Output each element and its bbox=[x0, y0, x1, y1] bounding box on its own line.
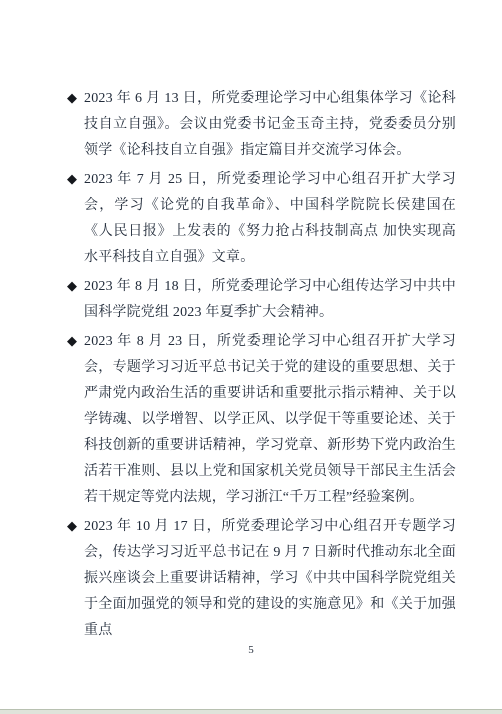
bullet-text: 2023 年 6 月 13 日，所党委理论学习中心组集体学习《论科技自立自强》。… bbox=[84, 91, 456, 158]
diamond-bullet-icon: ◆ bbox=[67, 85, 84, 111]
bullet-text: 2023 年 8 月 18 日，所党委理论学习中心组传达学习中共中国科学院党组 … bbox=[84, 279, 456, 320]
list-item: ◆2023 年 6 月 13 日，所党委理论学习中心组集体学习《论科技自立自强》… bbox=[67, 85, 456, 164]
diamond-bullet-icon: ◆ bbox=[67, 513, 84, 539]
bullet-text: 2023 年 10 月 17 日，所党委理论学习中心组召开专题学习会，传达学习习… bbox=[84, 519, 456, 638]
bullet-text: 2023 年 8 月 23 日，所党委理论学习中心组召开扩大学习会，专题学习习近… bbox=[84, 334, 456, 505]
diamond-bullet-icon: ◆ bbox=[67, 328, 84, 354]
bottom-edge-band bbox=[0, 709, 502, 714]
document-page: ◆2023 年 6 月 13 日，所党委理论学习中心组集体学习《论科技自立自强》… bbox=[0, 0, 502, 714]
document-body: ◆2023 年 6 月 13 日，所党委理论学习中心组集体学习《论科技自立自强》… bbox=[67, 85, 456, 646]
page-number: 5 bbox=[0, 644, 502, 656]
list-item: ◆2023 年 7 月 25 日，所党委理论学习中心组召开扩大学习会，学习《论党… bbox=[67, 166, 456, 271]
list-item: ◆2023 年 10 月 17 日，所党委理论学习中心组召开专题学习会，传达学习… bbox=[67, 513, 456, 644]
bullet-list: ◆2023 年 6 月 13 日，所党委理论学习中心组集体学习《论科技自立自强》… bbox=[67, 85, 456, 644]
list-item: ◆2023 年 8 月 18 日，所党委理论学习中心组传达学习中共中国科学院党组… bbox=[67, 273, 456, 326]
list-item: ◆2023 年 8 月 23 日，所党委理论学习中心组召开扩大学习会，专题学习习… bbox=[67, 328, 456, 511]
diamond-bullet-icon: ◆ bbox=[67, 273, 84, 299]
bullet-text: 2023 年 7 月 25 日，所党委理论学习中心组召开扩大学习会，学习《论党的… bbox=[84, 172, 456, 265]
diamond-bullet-icon: ◆ bbox=[67, 166, 84, 192]
